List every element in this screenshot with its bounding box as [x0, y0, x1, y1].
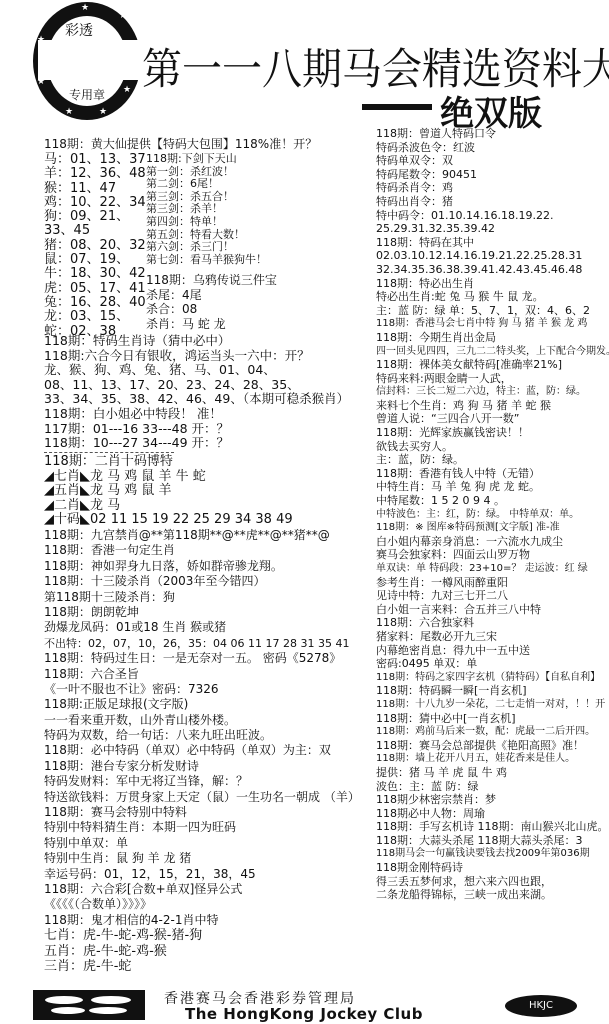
text-line: 提供：猪 马 羊 虎 鼠 牛 鸡 — [376, 766, 609, 780]
sword-item: 第六剑：杀三门！ — [146, 241, 326, 254]
text-line: 118期:正版足球报(文字版) — [44, 697, 360, 712]
text-line: 特码杀波色令：红波 — [376, 141, 609, 155]
row-value: 龙 马 — [90, 498, 120, 513]
zodiac-row: 猴：11、47 — [44, 182, 154, 196]
stamp-bottom-text: 专用章 — [69, 86, 105, 103]
text-line: 中特波色：主：红，防：绿。 中特单双：单。 — [376, 508, 609, 522]
text-line: 中特尾数：1 5 2 0 9 4 。 — [376, 494, 609, 508]
text-line: 密码:0495 单双：单 — [376, 657, 609, 671]
text-line: 118期：赛马会总部提供《艳阳高照》准！ — [376, 739, 609, 753]
text-line: 118期：神如羿身九日落，娇如群帝骖龙翔。 — [44, 559, 360, 574]
text-line: 中特生肖：马 羊 兔 狗 虎 龙 蛇。 — [376, 480, 609, 494]
zodiac-row: 猪：08、20、32 — [44, 239, 154, 253]
sword-item: 第七剑：看马羊猴狗牛！ — [146, 254, 326, 267]
text-line: 08、11、13、17、20、23、24、28、35、 — [44, 378, 349, 393]
text-line: 得三丢五梦何求，想六来六四也跟， — [376, 875, 609, 889]
text-line: 118期：六合彩[合数+单双]怪异公式 — [44, 882, 360, 897]
zodiac-row: 马：01、13、37 — [44, 153, 154, 167]
text-line: 特别中生肖：鼠 狗 羊 龙 猪 — [44, 851, 360, 866]
text-line: 118期：10---27 34---49 开：？ — [44, 436, 349, 451]
text-line: 118期：光辉家族赢钱密诀！！ — [376, 426, 609, 440]
text-line: 117期：01---16 33---48 开：？ — [44, 422, 349, 437]
text-line: 特码出肖令：猪 — [376, 195, 609, 209]
text-line: 32.34.35.36.38.39.41.42.43.45.46.48 — [376, 263, 609, 277]
text-line: 赛马会独家料：四面云山罗万物 — [376, 548, 609, 562]
two-xiao-row: ◢五肖◣龙 马 鸡 鼠 羊 — [44, 484, 293, 499]
text-line: 曾道人说：“三四合八开一数” — [376, 412, 609, 426]
text-line: 特中码令：01.10.14.16.18.19.22. — [376, 209, 609, 223]
crow-item: 杀合：08 — [146, 302, 326, 317]
text-line: 特码发财料：军中无将辽当锋，解：？ — [44, 774, 360, 789]
zodiac-row: 狗：09、21、33、45 — [44, 210, 154, 239]
text-line: 特必出生肖:蛇 兔 马 猴 牛 鼠 龙。 — [376, 290, 609, 304]
text-line: 单双诀：单 特码段：23+10=？ 走运波：红 绿 — [376, 562, 609, 576]
text-line: 118期马会一句赢钱诀要钱去找2009年第036期 — [376, 847, 609, 861]
huang-daxian-title: 118期：黄大仙提供【特码大包围】118%准！开？ — [44, 137, 317, 152]
text-line: 118期少林密宗禁肖：梦 — [376, 793, 609, 807]
text-line: 118期：六合独家料 — [376, 616, 609, 630]
text-line: 一一看来重开数，山外青山楼外楼。 — [44, 713, 360, 728]
two-xiao-title: 118期：二肖十码博特 — [44, 455, 293, 470]
text-line: 七肖：虎-牛-蛇-鸡-猴-猪-狗 — [44, 928, 360, 943]
text-line: 118期：六合圣旨 — [44, 667, 360, 682]
text-line: 118期必中人物：周瑜 — [376, 807, 609, 821]
text-line: 118期：九宫禁肖@**第118期**@**虎**@**猪**@ — [44, 528, 360, 543]
text-line: 欲钱去买穷人。 — [376, 440, 609, 454]
text-line: 118期：特必出生肖 — [376, 277, 609, 291]
text-line: 特码杀肖令：鸡 — [376, 181, 609, 195]
header: ★ ★ ★ ★ ★ ★ ★ 彩透 专用章 第一一八期马会精选资料大全 绝双版 — [0, 0, 609, 130]
crow-title: 118期：乌鸦传说三件宝 — [146, 273, 326, 288]
sword-title: 118期:下剑下天山 — [146, 153, 326, 166]
two-xiao-row: ◢七肖◣龙 马 鸡 鼠 羊 牛 蛇 — [44, 470, 293, 485]
text-line: 118期：裸体美女献特码[准确率21%] — [376, 358, 609, 372]
row-value: 龙 马 鸡 鼠 羊 牛 蛇 — [90, 469, 206, 484]
hkjc-swirl-logo-icon — [33, 990, 145, 1020]
text-line: 幸运号码：01，12，15，21，38，45 — [44, 867, 360, 882]
two-xiao-block: 118期：二肖十码博特 ◢七肖◣龙 马 鸡 鼠 羊 牛 蛇 ◢五肖◣龙 马 鸡 … — [44, 455, 293, 528]
text-line: 118期：香港马会七肖中特 狗 马 猪 羊 猴 龙 鸡 — [376, 317, 609, 331]
text-line: 劲爆龙凤码：01或18 生肖 猴或猪 — [44, 620, 360, 635]
zodiac-row: 牛：18、30、42 — [44, 267, 154, 281]
text-line: 118期：特码过生日：一是无奈对一五。 密码《5278》 — [44, 651, 360, 666]
text-line: 118期：必中特码（单双）必中特码（单双）为主：双 — [44, 743, 360, 758]
zodiac-number-list: 马：01、13、37 羊：12、36、48 猴：11、47 鸡：10、22、34… — [44, 153, 154, 339]
zodiac-row: 龙：03、15、 — [44, 310, 154, 324]
text-line: 特码为双数，给一句话：八来九旺出旺波。 — [44, 728, 360, 743]
row-value: 02 11 15 19 22 25 29 34 38 49 — [90, 512, 293, 527]
text-line: 118期：特码在其中 — [376, 236, 609, 250]
text-line: 内幕绝密肖息：得九中一五中送 — [376, 644, 609, 658]
zodiac-row: 鸡：10、22、34 — [44, 196, 154, 210]
left-lines-b: 118期：九宫禁肖@**第118期**@**虎**@**猪**@ 118期：香港… — [44, 528, 360, 974]
text-line: 特别中单双：单 — [44, 836, 360, 851]
left-lines-a: 118期：特码生肖诗（猜中必中） 118期:六合今日有银收，鸿运当头一六中：开？… — [44, 334, 349, 451]
text-line: 《《《《（合数单）》》》》 — [44, 897, 360, 912]
text-line: 118期：十八九岁一朵花，二七走悄一对对，！！开（？？） — [376, 698, 609, 712]
text-line: 118期：特码之家四字玄机（猜特码）【自私自利】 — [376, 671, 609, 685]
text-line: 特别中特料猜生肖：本期一四为旺码 — [44, 820, 360, 835]
text-line: 来料七个生肖：鸡 狗 马 猪 羊 蛇 猴 — [376, 399, 609, 413]
sword-item: 第二剑：6尾！ — [146, 178, 326, 191]
zodiac-row: 羊：12、36、48 — [44, 167, 154, 181]
text-line: 118期：猜中必中[一肖玄机] — [376, 712, 609, 726]
text-line: 《一叶不服也不让》密码：7326 — [44, 682, 360, 697]
sword-list: 118期:下剑下天山 第一剑：杀红波！ 第二剑：6尾！ 第三剑：杀五合！ 第三剑… — [146, 153, 326, 266]
right-column: 118期：曾道人特码口令 特码杀波色令：红波 特码单双令：双 特码尾数令：904… — [376, 127, 609, 902]
text-line: 118期：大蒜头杀尾 118期大蒜头杀尾：3 — [376, 834, 609, 848]
dashed-divider — [44, 452, 174, 453]
oval-logo-icon: HKJC — [505, 995, 577, 1017]
footer: 香港赛马会香港彩券管理局 The HongKong Jockey Club HK… — [0, 985, 609, 1024]
text-line: 白小姐内幕亲身消息：一六流水九成尘 — [376, 535, 609, 549]
text-line: 118期：朗朗乾坤 — [44, 605, 360, 620]
two-xiao-row: ◢二肖◣龙 马 — [44, 499, 293, 514]
text-line: 02.03.10.12.14.16.19.21.22.25.28.31 — [376, 249, 609, 263]
two-xiao-row: ◢十码◣02 11 15 19 22 25 29 34 38 49 — [44, 513, 293, 528]
text-line: 三肖：虎-牛-蛇 — [44, 959, 360, 974]
text-line: 118期:六合今日有银收，鸿运当头一六中：开？ — [44, 349, 349, 364]
text-line: 118期：鸡前马后来一数，配：虎最一二后开四。 — [376, 725, 609, 739]
text-line: 见诗中特：九对三七开二八 — [376, 589, 609, 603]
stamp-redaction — [38, 40, 143, 80]
text-line: 118期：鬼才相信的4-2-1肖中特 — [44, 913, 360, 928]
text-line: 25.29.31.32.35.39.42 — [376, 222, 609, 236]
crow-legend-block: 118期：乌鸦传说三件宝 杀尾：4尾 杀合：08 杀肖：马 蛇 龙 — [146, 273, 326, 331]
text-line: 118期：赛马会特别中特料 — [44, 805, 360, 820]
footer-org-name-en: The HongKong Jockey Club — [185, 1005, 423, 1023]
text-line: 不出特：02，07，10，26，35：04 06 11 17 28 31 35 … — [44, 636, 360, 651]
text-line: 118期：白小姐必中特段！ 准！ — [44, 407, 349, 422]
crow-item: 杀肖：马 蛇 龙 — [146, 317, 326, 332]
text-line: 四一回头见四四，三九二二特头奖，上下配合今期发。 — [376, 345, 609, 359]
text-line: 特码来料:两眼金睛一人武， — [376, 372, 609, 386]
row-tag: 五肖 — [54, 483, 80, 498]
text-line: 118期：曾道人特码口令 — [376, 127, 609, 141]
text-line: 特送欲钱料：万贯身家上天定（鼠）一生功名一朝成 （羊） — [44, 790, 360, 805]
row-value: 龙 马 鸡 鼠 羊 — [90, 483, 172, 498]
text-line: 参考生肖：一樽风雨醉重阳 — [376, 576, 609, 590]
row-tag: 七肖 — [54, 469, 80, 484]
text-line: 118期：特码瞬一瞬[一肖玄机] — [376, 684, 609, 698]
zodiac-row: 虎：05、17、41 — [44, 282, 154, 296]
text-line: 特码尾数令：90451 — [376, 168, 609, 182]
text-line: 特码单双令：双 — [376, 154, 609, 168]
sword-item: 第四剑：特单！ — [146, 216, 326, 229]
text-line: 白小姐一言来料：合五并三八中特 — [376, 603, 609, 617]
crow-item: 杀尾：4尾 — [146, 288, 326, 303]
text-line: 信封料：三长二短二六边，特主：蓝，防：绿。 — [376, 385, 609, 399]
row-tag: 二肖 — [54, 498, 80, 513]
stamp-top-text: 彩透 — [65, 20, 93, 40]
subtitle-dash — [362, 104, 432, 110]
row-tag: 十码 — [54, 512, 80, 527]
text-line: 猪家料：尾数必开九三宋 — [376, 630, 609, 644]
text-line: 118期：今期生肖出金局 — [376, 331, 609, 345]
text-line: 主：蓝 防：绿 单：5、7、1，双：4、6、2 — [376, 304, 609, 318]
text-line: 第118期十三陵杀肖：狗 — [44, 590, 360, 605]
text-line: 118期：十三陵杀肖（2003年至今错四） — [44, 574, 360, 589]
text-line: 118期：香港有钱人中特（无错） — [376, 467, 609, 481]
text-line: 118期：※ 图库※特码预测[文字版] 准-准 — [376, 521, 609, 535]
text-line: 118期：墙上花开八月五，娃花香来是佳人。 — [376, 752, 609, 766]
text-line: 118期：特码生肖诗（猜中必中） — [44, 334, 349, 349]
text-line: 五肖：虎-牛-蛇-鸡-猴 — [44, 944, 360, 959]
text-line: 龙、猴、狗、鸡、兔、猪、马、01、04、 — [44, 363, 349, 378]
text-line: 波色：主：蓝 防：绿 — [376, 780, 609, 794]
text-line: 主：蓝，防：绿。 — [376, 453, 609, 467]
text-line: 118期：港台专家分析发财诗 — [44, 759, 360, 774]
text-line: 二条龙船得锦标，三峡一成出来湖。 — [376, 888, 609, 902]
text-line: 33、34、35、38、42、46、49、（本期可稳杀猴肖） — [44, 392, 349, 407]
text-line: 118期：香港一句定生肖 — [44, 543, 360, 558]
text-line: 118期：手写玄机诗 118期：南山猴兴北山虎。 — [376, 820, 609, 834]
text-line: 118期金刚特码诗 — [376, 861, 609, 875]
